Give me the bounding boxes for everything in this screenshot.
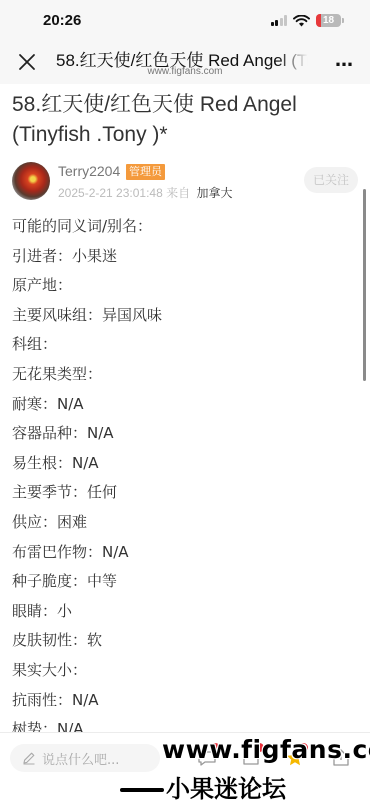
watermark-dash (120, 788, 164, 792)
field-label: 树势： (12, 720, 57, 732)
post-title: 58.红天使/红色天使 Red Angel (Tinyfish .Tony )* (12, 90, 352, 150)
field-list: 可能的同义词/别名： 引进者：小果迷 原产地： 主要风味组：异国风味 科组： 无… (12, 216, 352, 732)
field-value: N/A (57, 395, 84, 413)
field-row: 种子脆度：中等 (12, 571, 352, 601)
field-row: 主要季节：任何 (12, 482, 352, 512)
field-value: 困难 (57, 513, 87, 531)
field-row: 可能的同义词/别名： (12, 216, 352, 246)
browser-nav-header: 58.红天使/红色天使 Red Angel (Tinyfish .Tony )*… (0, 40, 370, 84)
author-row: Terry2204 管理员 2025-2-21 23:01:48 来自 加拿大 … (12, 162, 358, 202)
field-label: 无花果类型： (12, 365, 102, 383)
field-row: 皮肤韧性：软 (12, 630, 352, 660)
watermark-forum-name: 小果迷论坛 (120, 769, 286, 800)
vertical-scrollbar[interactable] (363, 189, 366, 381)
field-value: N/A (102, 543, 129, 561)
field-label: 抗雨性： (12, 691, 72, 709)
field-row: 果实大小： (12, 660, 352, 690)
field-value: 软 (87, 631, 102, 649)
status-bar: 20:26 18 (0, 0, 370, 40)
field-label: 主要季节： (12, 483, 87, 501)
field-label: 耐寒： (12, 395, 57, 413)
battery-level: 18 (323, 15, 334, 26)
field-row: 抗雨性：N/A (12, 690, 352, 720)
field-value: N/A (87, 424, 114, 442)
field-value: 异国风味 (102, 306, 162, 324)
field-value: N/A (72, 454, 99, 472)
wifi-icon (293, 15, 310, 27)
field-row: 布雷巴作物：N/A (12, 542, 352, 572)
field-label: 供应： (12, 513, 57, 531)
field-value: 中等 (87, 572, 117, 590)
post-meta: 2025-2-21 23:01:48 来自 加拿大 (58, 184, 232, 201)
author-name[interactable]: Terry2204 (58, 163, 120, 179)
watermark-forum-text: 小果迷论坛 (166, 775, 286, 800)
field-row: 耐寒：N/A (12, 394, 352, 424)
field-row: 眼睛：小 (12, 601, 352, 631)
field-row: 供应：困难 (12, 512, 352, 542)
comment-placeholder: 说点什么吧... (42, 749, 119, 768)
field-row: 易生根：N/A (12, 453, 352, 483)
field-row: 主要风味组：异国风味 (12, 305, 352, 335)
field-label: 引进者： (12, 247, 72, 265)
field-label: 易生根： (12, 454, 72, 472)
field-row: 原产地： (12, 275, 352, 305)
field-row: 容器品种：N/A (12, 423, 352, 453)
field-label: 可能的同义词/别名： (12, 217, 152, 235)
nav-url: www.figfans.com (0, 66, 370, 77)
cellular-signal-icon (271, 15, 288, 26)
field-value: 任何 (87, 483, 117, 501)
status-time: 20:26 (43, 12, 81, 29)
field-label: 容器品种： (12, 424, 87, 442)
field-row: 无花果类型： (12, 364, 352, 394)
field-value: 小果迷 (72, 247, 117, 265)
field-label: 布雷巴作物： (12, 543, 102, 561)
field-row: 科组： (12, 334, 352, 364)
post-content[interactable]: 58.红天使/红色天使 Red Angel (Tinyfish .Tony )*… (0, 84, 370, 732)
battery-icon: 18 (316, 14, 341, 27)
comment-input[interactable]: 说点什么吧... (10, 744, 160, 772)
post-datetime: 2025-2-21 23:01:48 (58, 186, 163, 200)
status-icons: 18 (271, 14, 345, 27)
field-row: 引进者：小果迷 (12, 246, 352, 276)
field-row: 树势：N/A (12, 719, 352, 732)
field-value: 小 (57, 602, 72, 620)
field-value: N/A (72, 691, 99, 709)
field-label: 主要风味组： (12, 306, 102, 324)
field-value: N/A (57, 720, 84, 732)
avatar[interactable] (12, 162, 50, 200)
field-label: 果实大小： (12, 661, 87, 679)
post-location: 加拿大 (196, 186, 232, 200)
admin-badge: 管理员 (126, 164, 165, 180)
field-label: 科组： (12, 335, 57, 353)
field-label: 种子脆度： (12, 572, 87, 590)
pencil-icon (22, 751, 36, 765)
follow-button[interactable]: 已关注 (304, 167, 358, 193)
field-label: 原产地： (12, 276, 72, 294)
from-label: 来自 (166, 186, 190, 200)
watermark-url: www.figfans.com (162, 735, 370, 764)
battery-cap (342, 18, 344, 23)
bottom-action-bar: 说点什么吧... www.figfans.com 小果迷论坛 (0, 732, 370, 800)
field-label: 眼睛： (12, 602, 57, 620)
field-label: 皮肤韧性： (12, 631, 87, 649)
more-options-icon[interactable]: … (335, 54, 354, 68)
